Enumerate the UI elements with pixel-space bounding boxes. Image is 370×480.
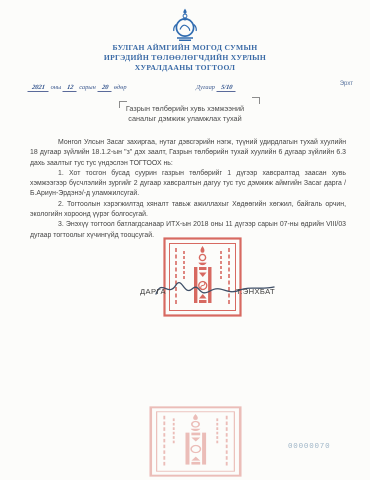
scanned-resolution-document: БУЛГАН АЙМГИЙН МОГОД СУМЫН ИРГЭДИЙН ТӨЛӨ… [0,0,370,480]
document-number-label: Дугаар [196,84,215,91]
signer-name: Т.ЭНХБАТ [236,287,275,296]
clause-1: 1. Хот тосгон бусад суурин газрын төлбөр… [30,169,346,200]
title-line-2: саналыг дэмжиж уламжлах тухай [0,114,370,124]
date-year-label: оны [51,84,62,91]
title-line-1: Газрын төлбөрийн хувь хэмжээний [0,104,370,114]
preamble-paragraph: Монгол Улсын Засаг захиргаа, нутаг дэвсг… [30,138,346,169]
title-bracket-right [252,97,260,104]
document-title: Газрын төлбөрийн хувь хэмжээний саналыг … [0,104,370,124]
date-day-label: өдөр [114,84,127,91]
header-line-2: ИРГЭДИЙН ТӨЛӨӨЛӨГЧДИЙН ХУРЛЫН [0,53,370,63]
header-line-3: ХУРАЛДААНЫ ТОГТООЛ [0,63,370,73]
header-line-1: БУЛГАН АЙМГИЙН МОГОД СУМЫН [0,43,370,53]
place-name: Эрхт [340,81,353,87]
clause-2: 2. Тогтоолын хэрэгжилтэд хяналт тавьж аж… [30,200,346,221]
document-header: БУЛГАН АЙМГИЙН МОГОД СУМЫН ИРГЭДИЙН ТӨЛӨ… [0,43,370,72]
document-body: Монгол Улсын Засаг захиргаа, нутаг дэвсг… [30,138,346,241]
date-day-value: 20 [97,84,113,92]
document-number-value: 5/10 [216,84,236,92]
date-year-value: 2021 [27,84,49,92]
faint-seal-icon [149,406,242,477]
date-month-value: 12 [62,84,78,92]
date-month-label: сарын [79,84,96,91]
soyombo-emblem-icon [168,8,202,42]
serial-number: 00000070 [288,443,330,451]
date-line: 2021 оны 12 сарын 20 өдөр [28,84,127,92]
signer-role-label: ДАРГА [140,287,166,296]
document-number: Дугаар 5/10 [196,84,236,92]
